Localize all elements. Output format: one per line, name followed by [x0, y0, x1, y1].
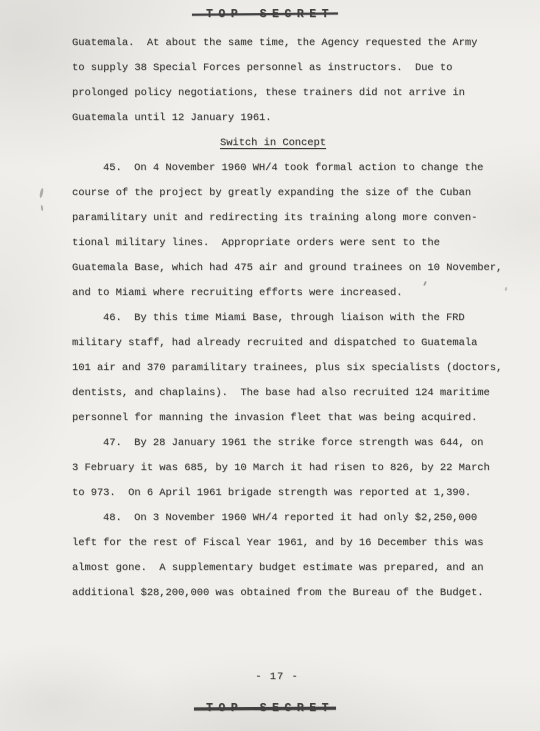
scan-speck [39, 188, 44, 198]
top-secret-stamp-bottom: TOP SECRET [206, 698, 334, 716]
top-secret-stamp-top: TOP SECRET [206, 4, 334, 22]
paragraph-47: 47. By 28 January 1961 the strike force … [72, 431, 534, 506]
paragraph-46: 46. By this time Miami Base, through lia… [72, 306, 534, 431]
paragraph-48: 48. On 3 November 1960 WH/4 reported it … [72, 506, 534, 606]
document-body: Guatemala. At about the same time, the A… [72, 31, 534, 606]
continuation-paragraph: Guatemala. At about the same time, the A… [72, 31, 534, 131]
section-heading: Switch in Concept [72, 131, 474, 156]
page-number: - 17 - [255, 671, 298, 683]
paragraph-45: 45. On 4 November 1960 WH/4 took formal … [72, 156, 534, 306]
scan-speck [41, 205, 44, 211]
scanned-document-page: TOP SECRET Guatemala. At about the same … [0, 0, 540, 731]
